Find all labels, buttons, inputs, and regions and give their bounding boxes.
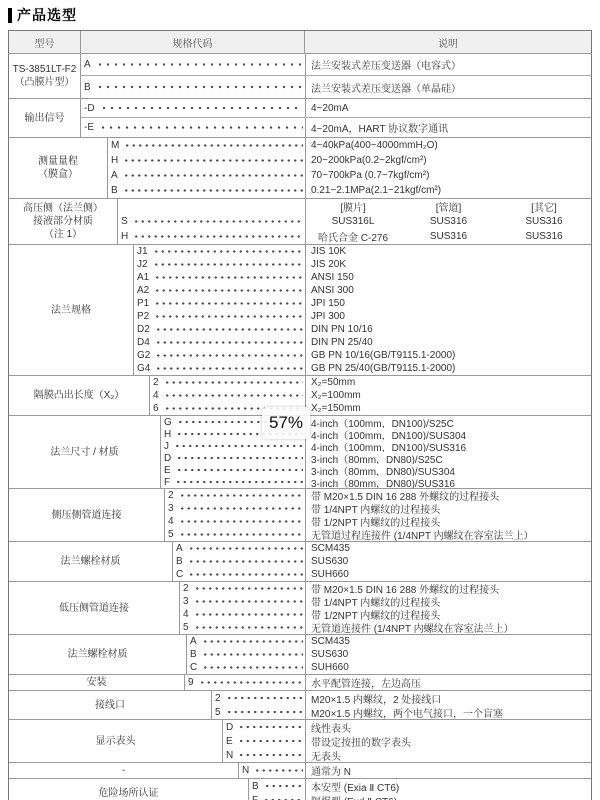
code-cell: 5 <box>165 528 305 541</box>
table-row: H哈氏合金 C-276SUS316SUS316 <box>118 229 591 244</box>
desc-cell: SCM435 <box>305 542 591 555</box>
table-row: E3-inch（80mm，DN80)/SUS304 <box>161 464 591 476</box>
model-cell: 危险场所认证 <box>9 779 249 800</box>
leader-dots <box>192 595 303 608</box>
header-model: 型号 <box>9 31 81 53</box>
desc-cell: 无管道过程连接件 (1/4NPT 内螺纹在容室法兰上） <box>305 528 591 541</box>
desc-cell: 带 1/4NPT 内螺纹的过程接头 <box>305 595 591 608</box>
desc-cell: 线性表头 <box>305 720 591 734</box>
desc-subcolumn: [膜片] <box>306 199 400 214</box>
spec-code: 5 <box>168 529 174 540</box>
desc-cell: 4-inch（100mm，DN100)/SUS316 <box>305 440 591 452</box>
code-cell: B <box>249 779 305 793</box>
leader-dots <box>172 440 303 452</box>
desc-cell: [膜片][管道][其它] <box>305 199 591 214</box>
desc-cell: 带设定按扭的数字表头 <box>305 734 591 748</box>
code-cell: J1 <box>134 245 305 258</box>
table-row: J1JIS 10K <box>134 245 591 258</box>
section-rows: ASCM435BSUS630CSUH660 <box>173 542 591 581</box>
leader-dots <box>192 582 303 595</box>
table-row: N通常为 N <box>239 763 591 778</box>
spec-code: C <box>176 569 183 580</box>
table-section: -N通常为 N <box>9 762 591 778</box>
desc-cell: SUS316LSUS316SUS316 <box>305 214 591 229</box>
desc-cell: X₂=100mm <box>305 389 591 402</box>
section-rows: [膜片][管道][其它]SSUS316LSUS316SUS316H哈氏合金 C-… <box>118 199 591 244</box>
table-section: 接线口2M20×1.5 内螺纹，2 处接线口5M20×1.5 内螺纹，两个电气接… <box>9 690 591 719</box>
desc-cell: 4~20mA，HART 协议数字通讯 <box>305 118 591 137</box>
spec-code: 4 <box>153 390 159 401</box>
desc-cell: 20~200kPa(0.2~2kgf/cm²) <box>305 153 591 168</box>
table-row: A2ANSI 300 <box>134 284 591 297</box>
model-cell-text: （凸膜片型） <box>15 76 75 89</box>
spec-code: 2 <box>168 490 174 501</box>
table-row: -E4~20mA，HART 协议数字通讯 <box>81 118 591 137</box>
leader-dots <box>152 310 303 323</box>
section-rows: 9水平配管连接，左边高压 <box>185 675 591 690</box>
leader-dots <box>151 245 303 258</box>
table-section: 侧压侧管道连接2带 M20×1.5 DIN 16 288 外螺纹的过程接头3带 … <box>9 488 591 541</box>
page-title: 产品选型 <box>0 0 600 30</box>
model-cell-text: 法兰螺栓材质 <box>61 555 121 568</box>
code-cell: B <box>173 555 305 568</box>
table-row: E带设定按扭的数字表头 <box>223 734 591 748</box>
desc-cell: 3-inch（80mm，DN80)/S25C <box>305 452 591 464</box>
table-row: A1ANSI 150 <box>134 271 591 284</box>
table-row: J4-inch（100mm，DN100)/SUS316 <box>161 440 591 452</box>
desc-cell: 4-inch（100mm，DN100)/S25C <box>305 416 591 428</box>
leader-dots <box>162 389 303 402</box>
spec-code: 4 <box>183 609 189 620</box>
table-section: 输出信号-D4~20mA-E4~20mA，HART 协议数字通讯 <box>9 98 591 137</box>
spec-code: B <box>176 556 183 567</box>
table-row: M4~40kPa(400~4000mmH₂O) <box>108 138 591 153</box>
leader-dots <box>151 258 303 271</box>
leader-dots <box>252 763 303 778</box>
model-cell-text: 隔膜凸出长度（X₂） <box>34 389 125 402</box>
desc-cell: 带 1/2NPT 内螺纹的过程接头 <box>305 608 591 621</box>
spec-code: D <box>164 453 171 464</box>
code-cell: 2 <box>150 376 305 389</box>
desc-cell: SUS630 <box>305 555 591 568</box>
table-row: A法兰安装式差压变送器（电容式） <box>81 54 591 76</box>
code-cell: B <box>81 76 305 98</box>
model-cell-text: 法兰螺栓材质 <box>68 648 128 661</box>
table-row: 4带 1/2NPT 内螺纹的过程接头 <box>180 608 591 621</box>
leader-dots <box>186 555 303 568</box>
spec-code: D4 <box>137 337 150 348</box>
table-section: 高压侧（法兰侧）接液部分材质（注 1）[膜片][管道][其它]SSUS316LS… <box>9 198 591 244</box>
code-cell: D <box>161 452 305 464</box>
section-rows: B本安型 (Exia Ⅱ CT6)F隔爆型 (Exd Ⅱ CT6) <box>249 779 591 800</box>
leader-dots <box>224 705 303 719</box>
desc-cell: SUS630 <box>305 648 591 661</box>
leader-dots <box>121 183 303 198</box>
leader-dots <box>177 489 303 502</box>
leader-dots <box>174 464 303 476</box>
code-cell: D4 <box>134 336 305 349</box>
leader-dots <box>98 99 303 117</box>
desc-cell: M20×1.5 内螺纹，两个电气接口，一个盲塞 <box>305 705 591 719</box>
spec-code: A <box>190 636 197 647</box>
table-section: 显示表头D线性表头E带设定按扭的数字表头N无表头 <box>9 719 591 762</box>
spec-code: E <box>164 465 171 476</box>
code-cell: A <box>187 635 305 648</box>
desc-cell: X₂=150mm <box>305 402 591 415</box>
section-rows: ASCM435BSUS630CSUH660 <box>187 635 591 674</box>
leader-dots <box>94 76 303 98</box>
table-row: F3-inch（80mm，DN80)/SUS316 <box>161 476 591 488</box>
model-cell-text: 法兰尺寸 / 材质 <box>50 446 118 459</box>
model-cell: 法兰螺栓材质 <box>9 542 173 581</box>
desc-cell: 带 M20×1.5 DIN 16 288 外螺纹的过程接头 <box>305 489 591 502</box>
desc-subcolumn: SUS316 <box>497 231 591 242</box>
table-row: 3带 1/4NPT 内螺纹的过程接头 <box>165 502 591 515</box>
leader-dots <box>94 54 303 75</box>
code-cell: 4 <box>165 515 305 528</box>
spec-code: F <box>252 795 258 800</box>
model-cell: 侧压侧管道连接 <box>9 489 165 541</box>
leader-dots <box>197 675 303 690</box>
table-row: G2GB PN 10/16(GB/T9115.1-2000) <box>134 349 591 362</box>
spec-code: A1 <box>137 272 149 283</box>
spec-code: N <box>226 750 233 761</box>
leader-dots <box>186 568 303 581</box>
table-row: 6X₂=150mm <box>150 402 591 415</box>
model-cell-text: 输出信号 <box>25 112 65 125</box>
model-cell: - <box>9 763 239 778</box>
spec-code: 3 <box>183 596 189 607</box>
section-rows: M4~40kPa(400~4000mmH₂O)H20~200kPa(0.2~2k… <box>108 138 591 198</box>
model-cell: 低压侧管道连接 <box>9 582 180 634</box>
table-row: D线性表头 <box>223 720 591 734</box>
model-cell-text: TS-3851LT-F2 <box>13 63 77 76</box>
section-rows: J1JIS 10KJ2JIS 20KA1ANSI 150A2ANSI 300P1… <box>134 245 591 375</box>
spec-code: 6 <box>153 403 159 414</box>
code-cell: H <box>108 153 305 168</box>
code-cell: B <box>187 648 305 661</box>
table-row: B法兰安装式差压变送器（单晶硅） <box>81 76 591 98</box>
desc-subcolumn: [管道] <box>400 199 497 214</box>
table-row: G4GB PN 25/40(GB/T9115.1-2000) <box>134 362 591 375</box>
desc-cell: DIN PN 25/40 <box>305 336 591 349</box>
section-rows: G4-inch（100mm，DN100)/S25CH4-inch（100mm，D… <box>161 416 591 488</box>
table-section: 法兰螺栓材质ASCM435BSUS630CSUH660 <box>9 541 591 581</box>
leader-dots <box>153 362 303 375</box>
code-cell: -E <box>81 118 305 137</box>
code-cell: C <box>173 568 305 581</box>
code-cell: E <box>161 464 305 476</box>
model-cell-text: 接线口 <box>95 699 125 712</box>
table-row: H4-inch（100mm，DN100)/SUS304 <box>161 428 591 440</box>
table-row: B0.21~2.1MPa(2.1~21kgf/cm²) <box>108 183 591 198</box>
desc-cell: 隔爆型 (Exd Ⅱ CT6) <box>305 793 591 800</box>
spec-code: A <box>111 170 118 181</box>
spec-code: S <box>121 216 128 227</box>
section-rows: -D4~20mA-E4~20mA，HART 协议数字通讯 <box>81 99 591 137</box>
table-row: SSUS316LSUS316SUS316 <box>118 214 591 229</box>
table-row: B本安型 (Exia Ⅱ CT6) <box>249 779 591 793</box>
spec-code: 2 <box>153 377 159 388</box>
desc-cell: GB PN 10/16(GB/T9115.1-2000) <box>305 349 591 362</box>
leader-dots <box>153 349 303 362</box>
code-cell: M <box>108 138 305 153</box>
code-cell: A1 <box>134 271 305 284</box>
desc-cell: ANSI 300 <box>305 284 591 297</box>
desc-cell: GB PN 25/40(GB/T9115.1-2000) <box>305 362 591 375</box>
code-cell: E <box>223 734 305 748</box>
model-cell: 隔膜凸出长度（X₂） <box>9 376 150 415</box>
model-cell: 高压侧（法兰侧）接液部分材质（注 1） <box>9 199 118 244</box>
code-cell: 4 <box>180 608 305 621</box>
table-row: 2M20×1.5 内螺纹，2 处接线口 <box>212 691 591 705</box>
leader-dots <box>153 336 303 349</box>
desc-cell: ANSI 150 <box>305 271 591 284</box>
desc-cell: 水平配管连接，左边高压 <box>305 675 591 690</box>
code-cell: F <box>161 476 305 488</box>
code-cell: C <box>187 661 305 674</box>
table-row: CSUH660 <box>173 568 591 581</box>
model-cell-text: 危险场所认证 <box>99 787 159 800</box>
desc-cell: JIS 10K <box>305 245 591 258</box>
spec-code: 3 <box>168 503 174 514</box>
spec-code: B <box>111 185 118 196</box>
spec-code: 4 <box>168 516 174 527</box>
code-cell: 5 <box>180 621 305 634</box>
code-cell: A2 <box>134 284 305 297</box>
spec-code: D <box>226 722 233 733</box>
desc-cell: JIS 20K <box>305 258 591 271</box>
header-description: 说明 <box>304 31 591 53</box>
leader-dots <box>186 542 303 555</box>
desc-cell: SUH660 <box>305 661 591 674</box>
spec-code: G <box>164 417 172 428</box>
page-title-text: 产品选型 <box>17 5 77 25</box>
desc-cell: SUH660 <box>305 568 591 581</box>
model-cell: 接线口 <box>9 691 212 719</box>
model-cell: 输出信号 <box>9 99 81 137</box>
table-row: P1JPI 150 <box>134 297 591 310</box>
leader-dots <box>121 168 303 183</box>
code-cell: D <box>223 720 305 734</box>
spec-code: H <box>164 429 171 440</box>
document-page: 产品选型 型号 规格代码 说明 TS-3851LT-F2（凸膜片型）A法兰安装式… <box>0 0 600 800</box>
model-cell-text: 高压侧（法兰侧） <box>23 202 103 215</box>
code-cell: H <box>118 229 305 244</box>
code-cell: 5 <box>212 705 305 719</box>
model-cell: 法兰尺寸 / 材质 <box>9 416 161 488</box>
spec-code: E <box>226 736 233 747</box>
table-row: ASCM435 <box>187 635 591 648</box>
desc-cell: DIN PN 10/16 <box>305 323 591 336</box>
spec-code: B <box>252 781 259 792</box>
desc-cell: 无管道连接件 (1/4NPT 内螺纹在容室法兰上） <box>305 621 591 634</box>
section-rows: 2M20×1.5 内螺纹，2 处接线口5M20×1.5 内螺纹，两个电气接口，一… <box>212 691 591 719</box>
code-cell: A <box>108 168 305 183</box>
spec-code: P1 <box>137 298 149 309</box>
model-cell: TS-3851LT-F2（凸膜片型） <box>9 54 81 98</box>
leader-dots <box>131 229 303 244</box>
leader-dots <box>192 621 303 634</box>
code-cell: J <box>161 440 305 452</box>
table-row: 2带 M20×1.5 DIN 16 288 外螺纹的过程接头 <box>165 489 591 502</box>
leader-dots <box>174 452 303 464</box>
leader-dots <box>236 720 303 734</box>
code-cell: 3 <box>165 502 305 515</box>
spec-code: 9 <box>188 677 194 688</box>
desc-cell: 本安型 (Exia Ⅱ CT6) <box>305 779 591 793</box>
code-cell: G2 <box>134 349 305 362</box>
table-section: 测量量程（膜盒）M4~40kPa(400~4000mmH₂O)H20~200kP… <box>9 137 591 198</box>
model-cell: 测量量程（膜盒） <box>9 138 108 198</box>
table-row: 5无管道连接件 (1/4NPT 内螺纹在容室法兰上） <box>180 621 591 634</box>
table-row: D4DIN PN 25/40 <box>134 336 591 349</box>
table-row: 4带 1/2NPT 内螺纹的过程接头 <box>165 515 591 528</box>
spec-code: M <box>111 140 119 151</box>
spec-code: F <box>164 477 170 488</box>
table-row: BSUS630 <box>173 555 591 568</box>
model-cell-text: （注 1） <box>44 228 82 241</box>
title-accent-bar <box>8 8 12 23</box>
code-cell: 2 <box>165 489 305 502</box>
spec-code: 2 <box>215 693 221 704</box>
model-cell: 法兰规格 <box>9 245 134 375</box>
leader-dots <box>192 608 303 621</box>
leader-dots <box>236 748 303 762</box>
section-rows: 2带 M20×1.5 DIN 16 288 外螺纹的过程接头3带 1/4NPT … <box>180 582 591 634</box>
header-spec-code: 规格代码 <box>81 31 304 53</box>
leader-dots <box>236 734 303 748</box>
model-cell-text: 接液部分材质 <box>33 215 93 228</box>
spec-code: -E <box>84 122 94 133</box>
section-rows: A法兰安装式差压变送器（电容式）B法兰安装式差压变送器（单晶硅） <box>81 54 591 98</box>
table-row: BSUS630 <box>187 648 591 661</box>
leader-dots <box>177 515 303 528</box>
table-row: D2DIN PN 10/16 <box>134 323 591 336</box>
spec-code: G4 <box>137 363 150 374</box>
code-cell: P2 <box>134 310 305 323</box>
spec-code: C <box>190 662 197 673</box>
spec-code: A2 <box>137 285 149 296</box>
table-row: 4X₂=100mm <box>150 389 591 402</box>
desc-cell: JPI 300 <box>305 310 591 323</box>
desc-cell: JPI 150 <box>305 297 591 310</box>
code-cell: A <box>173 542 305 555</box>
table-row: G4-inch（100mm，DN100)/S25C <box>161 416 591 428</box>
table-row: -D4~20mA <box>81 99 591 118</box>
table-row: 3带 1/4NPT 内螺纹的过程接头 <box>180 595 591 608</box>
code-cell: J2 <box>134 258 305 271</box>
spec-code: J1 <box>137 246 148 257</box>
desc-cell: 无表头 <box>305 748 591 762</box>
code-cell: B <box>108 183 305 198</box>
desc-cell: 带 1/4NPT 内螺纹的过程接头 <box>305 502 591 515</box>
table-row: N无表头 <box>223 748 591 762</box>
code-cell: A <box>81 54 305 75</box>
table-row: A70~700kPa (0.7~7kgf/cm²) <box>108 168 591 183</box>
code-cell: 2 <box>180 582 305 595</box>
table-row: ASCM435 <box>173 542 591 555</box>
spec-code: 5 <box>183 622 189 633</box>
desc-cell: 0.21~2.1MPa(2.1~21kgf/cm²) <box>305 183 591 198</box>
spec-code: G2 <box>137 350 150 361</box>
desc-subcolumn: SUS316 <box>400 231 497 242</box>
desc-cell: 哈氏合金 C-276SUS316SUS316 <box>305 229 591 244</box>
desc-cell: 70~700kPa (0.7~7kgf/cm²) <box>305 168 591 183</box>
leader-dots <box>224 691 303 705</box>
section-rows: 2X₂=50mm4X₂=100mm6X₂=150mm <box>150 376 591 415</box>
code-cell: N <box>223 748 305 762</box>
leader-dots <box>173 476 303 488</box>
table-row: F隔爆型 (Exd Ⅱ CT6) <box>249 793 591 800</box>
desc-cell: 4~20mA <box>305 99 591 117</box>
table-row: J2JIS 20K <box>134 258 591 271</box>
model-cell-text: 低压侧管道连接 <box>59 602 129 615</box>
desc-subcolumn: [其它] <box>497 199 591 214</box>
model-cell-text: 法兰规格 <box>51 304 91 317</box>
code-cell: P1 <box>134 297 305 310</box>
leader-dots <box>162 376 303 389</box>
model-cell-text: 显示表头 <box>96 735 136 748</box>
spec-code: 2 <box>183 583 189 594</box>
model-cell-text: 测量量程 <box>38 155 78 168</box>
model-cell: 法兰螺栓材质 <box>9 635 187 674</box>
code-cell: 3 <box>180 595 305 608</box>
table-section: 低压侧管道连接2带 M20×1.5 DIN 16 288 外螺纹的过程接头3带 … <box>9 581 591 634</box>
code-cell: S <box>118 214 305 229</box>
code-cell: 4 <box>150 389 305 402</box>
leader-dots <box>121 153 303 168</box>
desc-cell: 法兰安装式差压变送器（单晶硅） <box>305 76 591 98</box>
desc-subcolumn: 哈氏合金 C-276 <box>306 229 400 244</box>
leader-dots <box>200 661 303 674</box>
table-row: H20~200kPa(0.2~2kgf/cm²) <box>108 153 591 168</box>
leader-dots <box>262 779 303 793</box>
leader-dots <box>152 271 303 284</box>
spec-code: N <box>242 765 249 776</box>
table-section: 法兰规格J1JIS 10KJ2JIS 20KA1ANSI 150A2ANSI 3… <box>9 244 591 375</box>
code-cell: 9 <box>185 675 305 690</box>
code-cell: G4 <box>134 362 305 375</box>
desc-cell: X₂=50mm <box>305 376 591 389</box>
table-section: TS-3851LT-F2（凸膜片型）A法兰安装式差压变送器（电容式）B法兰安装式… <box>9 53 591 98</box>
table-section: 法兰螺栓材质ASCM435BSUS630CSUH660 <box>9 634 591 674</box>
spec-code: B <box>84 82 91 93</box>
code-cell <box>118 199 305 214</box>
spec-code: J2 <box>137 259 148 270</box>
table-row: D3-inch（80mm，DN80)/S25C <box>161 452 591 464</box>
leader-dots <box>122 138 303 153</box>
table-row: P2JPI 300 <box>134 310 591 323</box>
leader-dots <box>200 648 303 661</box>
code-cell: -D <box>81 99 305 117</box>
table-section: 安装9水平配管连接，左边高压 <box>9 674 591 690</box>
spec-code: A <box>84 59 91 70</box>
section-rows: N通常为 N <box>239 763 591 778</box>
desc-cell: M20×1.5 内螺纹，2 处接线口 <box>305 691 591 705</box>
table-row: 2X₂=50mm <box>150 376 591 389</box>
model-cell-text: - <box>122 764 125 777</box>
table-row: [膜片][管道][其它] <box>118 199 591 214</box>
spec-code: -D <box>84 103 95 114</box>
desc-cell: 3-inch（80mm，DN80)/SUS304 <box>305 464 591 476</box>
desc-cell: 带 1/2NPT 内螺纹的过程接头 <box>305 515 591 528</box>
spec-code: J <box>164 441 169 452</box>
leader-dots <box>200 635 303 648</box>
leader-dots <box>153 323 303 336</box>
desc-cell: 带 M20×1.5 DIN 16 288 外螺纹的过程接头 <box>305 582 591 595</box>
code-cell: F <box>249 793 305 800</box>
